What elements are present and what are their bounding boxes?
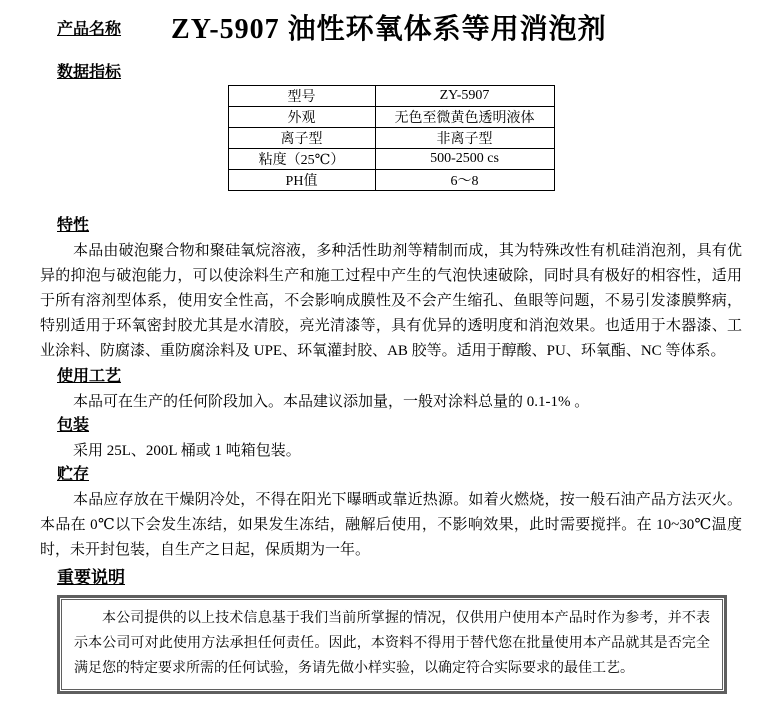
notice-paragraph: 本公司提供的以上技术信息基于我们当前所掌握的情况，仅供用户使用本产品时作为参考，… — [74, 606, 710, 681]
spec-table: 型号 ZY-5907 外观 无色至微黄色透明液体 离子型 非离子型 粘度（25℃… — [228, 85, 555, 191]
section-heading-important-notice: 重要说明 — [57, 567, 125, 589]
section-packaging: 包装 采用 25L、200L 桶或 1 吨箱包装。 — [40, 415, 742, 464]
section-heading-characteristics: 特性 — [57, 215, 89, 237]
section-usage: 使用工艺 本品可在生产的任何阶段加入。本品建议添加量，一般对涂料总量的 0.1-… — [40, 364, 742, 415]
spec-value-viscosity: 500-2500 cs — [375, 149, 554, 170]
spec-label-appearance: 外观 — [228, 107, 375, 128]
usage-paragraph: 本品可在生产的任何阶段加入。本品建议添加量，一般对涂料总量的 0.1-1% 。 — [40, 390, 742, 415]
spec-label-model: 型号 — [228, 86, 375, 107]
page-title: ZY-5907 油性环氧体系等用消泡剂 — [171, 7, 607, 47]
notice-box: 本公司提供的以上技术信息基于我们当前所掌握的情况，仅供用户使用本产品时作为参考，… — [57, 595, 727, 694]
storage-paragraph: 本品应存放在干燥阴冷处，不得在阳光下曝晒或靠近热源。如着火燃烧，按一般石油产品方… — [40, 488, 742, 563]
spec-value-ph: 6～8 — [375, 170, 554, 191]
document-page: 产品名称 ZY-5907 油性环氧体系等用消泡剂 数据指标 型号 ZY-5907… — [0, 0, 782, 718]
table-row: 外观 无色至微黄色透明液体 — [228, 107, 554, 128]
section-important-notice: 重要说明 本公司提供的以上技术信息基于我们当前所掌握的情况，仅供用户使用本产品时… — [40, 563, 742, 694]
section-data-metrics: 数据指标 型号 ZY-5907 外观 无色至微黄色透明液体 离子型 非离子型 粘… — [40, 48, 742, 191]
section-heading-storage: 贮存 — [57, 464, 89, 486]
spec-label-ph: PH值 — [228, 170, 375, 191]
table-row: 粘度（25℃） 500-2500 cs — [228, 149, 554, 170]
characteristics-paragraph: 本品由破泡聚合物和聚硅氧烷溶液，多种活性助剂等精制而成，其为特殊改性有机硅消泡剂… — [40, 239, 742, 364]
spec-label-ionic-type: 离子型 — [228, 128, 375, 149]
packaging-paragraph: 采用 25L、200L 桶或 1 吨箱包装。 — [40, 439, 742, 464]
product-name-label: 产品名称 — [57, 16, 121, 39]
table-row: PH值 6～8 — [228, 170, 554, 191]
section-heading-usage: 使用工艺 — [57, 366, 121, 388]
spec-value-appearance: 无色至微黄色透明液体 — [375, 107, 554, 128]
section-storage: 贮存 本品应存放在干燥阴冷处，不得在阳光下曝晒或靠近热源。如着火燃烧，按一般石油… — [40, 464, 742, 563]
section-heading-packaging: 包装 — [57, 415, 89, 437]
spec-value-ionic-type: 非离子型 — [375, 128, 554, 149]
spec-value-model: ZY-5907 — [375, 86, 554, 107]
table-row: 型号 ZY-5907 — [228, 86, 554, 107]
spec-label-viscosity: 粘度（25℃） — [228, 149, 375, 170]
section-heading-data-metrics: 数据指标 — [57, 62, 121, 84]
document-header: 产品名称 ZY-5907 油性环氧体系等用消泡剂 — [57, 6, 742, 48]
section-characteristics: 特性 本品由破泡聚合物和聚硅氧烷溶液，多种活性助剂等精制而成，其为特殊改性有机硅… — [40, 191, 742, 364]
notice-box-inner: 本公司提供的以上技术信息基于我们当前所掌握的情况，仅供用户使用本产品时作为参考，… — [61, 599, 723, 690]
table-row: 离子型 非离子型 — [228, 128, 554, 149]
